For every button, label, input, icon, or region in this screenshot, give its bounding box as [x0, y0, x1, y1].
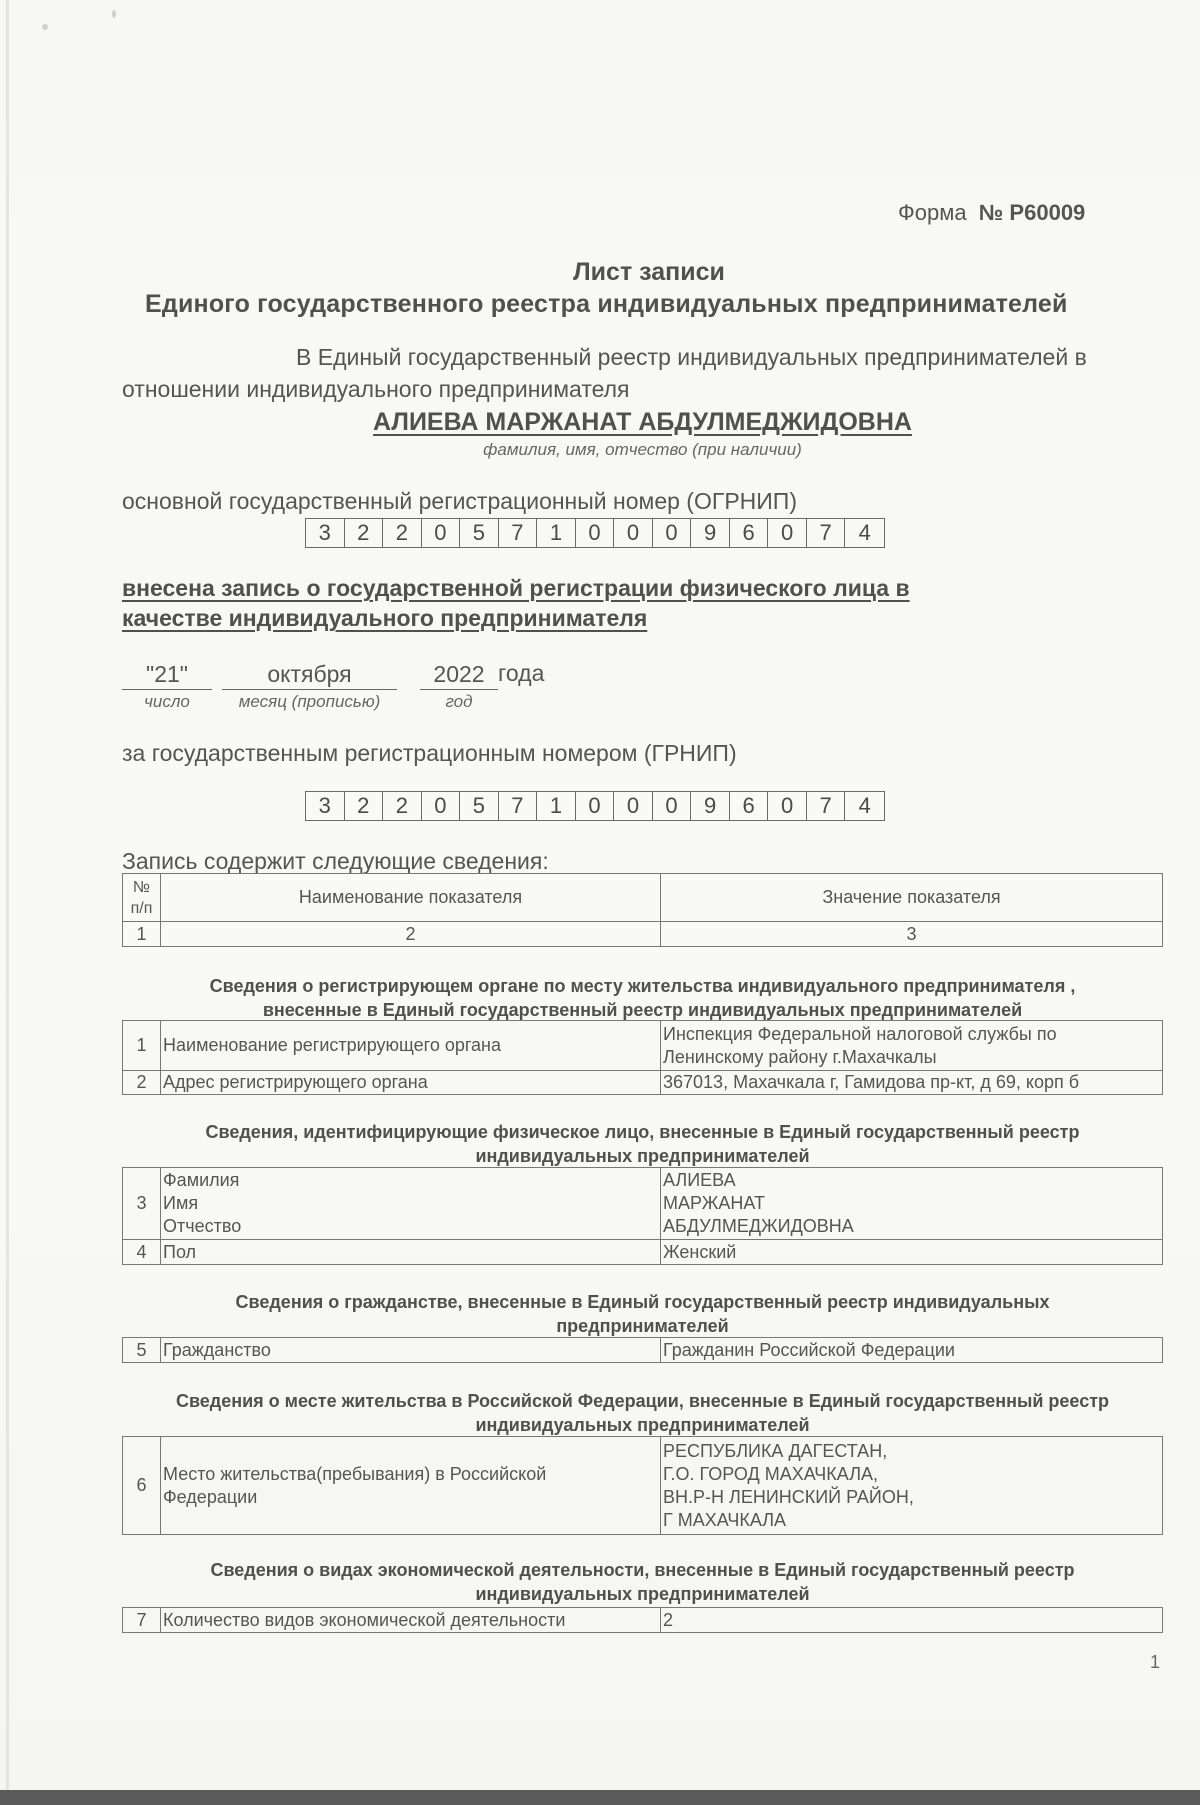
page-number: 1 — [1150, 1652, 1160, 1673]
table-row: 7 Количество видов экономической деятель… — [123, 1608, 1163, 1633]
ogrnip-digit: 0 — [768, 519, 807, 547]
date-year-caption: год — [420, 692, 498, 712]
index-cell: 3 — [661, 922, 1163, 947]
ogrnip-digit: 5 — [460, 519, 499, 547]
value-line: АЛИЕВА — [663, 1169, 1160, 1192]
ogrnip-digit: 7 — [499, 519, 538, 547]
scan-bottom-edge — [0, 1790, 1200, 1805]
document-subtitle: Единого государственного реестра индивид… — [145, 290, 1068, 319]
grnip-digit: 7 — [807, 792, 846, 820]
section-title-registering-authority: Сведения о регистрирующем органе по мест… — [122, 974, 1163, 1022]
section-title-individual-identity: Сведения, идентифицирующие физическое ли… — [122, 1120, 1163, 1168]
value-line: РЕСПУБЛИКА ДАГЕСТАН, — [663, 1440, 1160, 1463]
value-line: Инспекция Федеральной налоговой службы п… — [663, 1023, 1160, 1046]
section-title-line: Сведения о месте жительства в Российской… — [122, 1389, 1163, 1413]
row-value: 2 — [661, 1608, 1163, 1633]
ogrnip-digit-boxes: 3 2 2 0 5 7 1 0 0 0 9 6 0 7 4 — [305, 518, 885, 548]
form-number: Форма № Р60009 — [898, 200, 1085, 226]
col-name-header: Наименование показателя — [161, 874, 661, 922]
row-number: 7 — [123, 1608, 161, 1633]
grnip-digit-boxes: 3 2 2 0 5 7 1 0 0 0 9 6 0 7 4 — [305, 791, 885, 821]
row-value: Женский — [661, 1240, 1163, 1265]
ogrnip-digit: 9 — [691, 519, 730, 547]
section-title-line: индивидуальных предпринимателей — [122, 1582, 1163, 1606]
table-row: 3 ФамилияИмяОтчество АЛИЕВАМАРЖАНАТАБДУЛ… — [123, 1168, 1163, 1240]
form-label: Форма — [898, 200, 967, 225]
entry-statement: внесена запись о государственной регистр… — [122, 573, 910, 633]
row-name: Наименование регистрирующего органа — [161, 1021, 661, 1071]
form-code: № Р60009 — [979, 200, 1086, 225]
row-name: Количество видов экономической деятельно… — [161, 1608, 661, 1633]
col-num-header: №п/п — [123, 874, 161, 922]
intro-text-line2: отношении индивидуального предпринимател… — [122, 376, 630, 403]
grnip-digit: 0 — [576, 792, 615, 820]
grnip-digit: 4 — [845, 792, 884, 820]
section-title-residence: Сведения о месте жительства в Российской… — [122, 1389, 1163, 1437]
name-line: Фамилия — [163, 1169, 658, 1192]
header-row: №п/п Наименование показателя Значение по… — [123, 874, 1163, 922]
section-title-line: Сведения о регистрирующем органе по мест… — [122, 974, 1163, 998]
ogrnip-digit: 7 — [807, 519, 846, 547]
section-title-citizenship: Сведения о гражданстве, внесенные в Един… — [122, 1290, 1163, 1338]
row-name: Место жительства(пребывания) в Российско… — [161, 1437, 661, 1535]
date-day: "21" — [122, 660, 212, 690]
table-row: 5 Гражданство Гражданин Российской Федер… — [123, 1338, 1163, 1363]
row-value: АЛИЕВАМАРЖАНАТАБДУЛМЕДЖИДОВНА — [661, 1168, 1163, 1240]
row-number: 4 — [123, 1240, 161, 1265]
ogrnip-digit: 0 — [653, 519, 692, 547]
table-individual-identity: 3 ФамилияИмяОтчество АЛИЕВАМАРЖАНАТАБДУЛ… — [122, 1167, 1163, 1265]
document-title: Лист записи — [0, 258, 1200, 287]
ogrnip-digit: 2 — [383, 519, 422, 547]
date-year-suffix: года — [498, 660, 544, 687]
value-line: Г.О. ГОРОД МАХАЧКАЛА, — [663, 1463, 1160, 1486]
date-year: 2022 — [420, 660, 498, 690]
value-line: АБДУЛМЕДЖИДОВНА — [663, 1215, 1160, 1238]
section-title-line: Сведения о гражданстве, внесенные в Един… — [122, 1290, 1163, 1314]
row-number: 5 — [123, 1338, 161, 1363]
grnip-digit: 6 — [730, 792, 769, 820]
grnip-digit: 0 — [768, 792, 807, 820]
grnip-digit: 3 — [306, 792, 345, 820]
grnip-digit: 7 — [499, 792, 538, 820]
entrepreneur-full-name: АЛИЕВА МАРЖАНАТ АБДУЛМЕДЖИДОВНА — [0, 408, 1200, 437]
ogrnip-digit: 1 — [537, 519, 576, 547]
index-row: 1 2 3 — [123, 922, 1163, 947]
ogrnip-digit: 4 — [845, 519, 884, 547]
section-title-line: Сведения, идентифицирующие физическое ли… — [122, 1120, 1163, 1144]
date-day-caption: число — [122, 692, 212, 712]
index-cell: 1 — [123, 922, 161, 947]
col-num-l1: № — [125, 877, 158, 898]
table-row: 2 Адрес регистрирующего органа 367013, М… — [123, 1071, 1163, 1095]
section-title-line: Сведения о видах экономической деятельно… — [122, 1558, 1163, 1582]
row-name: Пол — [161, 1240, 661, 1265]
grnip-digit: 2 — [345, 792, 384, 820]
scan-speck — [112, 10, 116, 18]
value-line: Ленинскому району г.Махачкалы — [663, 1046, 1160, 1069]
ogrnip-digit: 0 — [422, 519, 461, 547]
row-value: Инспекция Федеральной налоговой службы п… — [661, 1021, 1163, 1071]
ogrnip-label: основной государственный регистрационный… — [122, 488, 797, 515]
section-title-line: предпринимателей — [122, 1314, 1163, 1338]
grnip-digit: 9 — [691, 792, 730, 820]
value-line: Г МАХАЧКАЛА — [663, 1509, 1160, 1532]
header-table: №п/п Наименование показателя Значение по… — [122, 873, 1163, 947]
row-value: Гражданин Российской Федерации — [661, 1338, 1163, 1363]
value-line: МАРЖАНАТ — [663, 1192, 1160, 1215]
section-title-line: индивидуальных предпринимателей — [122, 1413, 1163, 1437]
grnip-digit: 1 — [537, 792, 576, 820]
ogrnip-digit: 6 — [730, 519, 769, 547]
row-number: 3 — [123, 1168, 161, 1240]
ogrnip-digit: 3 — [306, 519, 345, 547]
table-economic-activity: 7 Количество видов экономической деятель… — [122, 1607, 1163, 1633]
section-title-line: внесенные в Единый государственный реест… — [122, 998, 1163, 1022]
col-value-header: Значение показателя — [661, 874, 1163, 922]
table-residence: 6 Место жительства(пребывания) в Российс… — [122, 1436, 1163, 1535]
grnip-label: за государственным регистрационным номер… — [122, 740, 737, 767]
row-number: 1 — [123, 1021, 161, 1071]
section-title-line: индивидуальных предпринимателей — [122, 1144, 1163, 1168]
section-title-economic-activity: Сведения о видах экономической деятельно… — [122, 1558, 1163, 1606]
row-name: Адрес регистрирующего органа — [161, 1071, 661, 1095]
grnip-digit: 0 — [614, 792, 653, 820]
row-name: Гражданство — [161, 1338, 661, 1363]
table-row: 1 Наименование регистрирующего органа Ин… — [123, 1021, 1163, 1071]
grnip-digit: 2 — [383, 792, 422, 820]
ogrnip-digit: 2 — [345, 519, 384, 547]
entry-line2: качестве индивидуального предпринимателя — [122, 605, 647, 631]
name-line: Федерации — [163, 1486, 658, 1509]
full-name-text: АЛИЕВА МАРЖАНАТ АБДУЛМЕДЖИДОВНА — [373, 408, 912, 436]
row-value: 367013, Махачкала г, Гамидова пр-кт, д 6… — [661, 1071, 1163, 1095]
grnip-digit: 5 — [460, 792, 499, 820]
row-name: ФамилияИмяОтчество — [161, 1168, 661, 1240]
row-number: 2 — [123, 1071, 161, 1095]
record-contents-label: Запись содержит следующие сведения: — [122, 848, 549, 875]
full-name-caption: фамилия, имя, отчество (при наличии) — [0, 440, 1200, 460]
name-line: Место жительства(пребывания) в Российско… — [163, 1463, 658, 1486]
date-month: октября — [222, 660, 397, 690]
index-cell: 2 — [161, 922, 661, 947]
row-value: РЕСПУБЛИКА ДАГЕСТАН,Г.О. ГОРОД МАХАЧКАЛА… — [661, 1437, 1163, 1535]
row-number: 6 — [123, 1437, 161, 1535]
ogrnip-digit: 0 — [614, 519, 653, 547]
value-line: ВН.Р-Н ЛЕНИНСКИЙ РАЙОН, — [663, 1486, 1160, 1509]
table-registering-authority: 1 Наименование регистрирующего органа Ин… — [122, 1020, 1163, 1095]
name-line: Имя — [163, 1192, 658, 1215]
entry-line1: внесена запись о государственной регистр… — [122, 575, 910, 601]
grnip-digit: 0 — [653, 792, 692, 820]
table-citizenship: 5 Гражданство Гражданин Российской Федер… — [122, 1337, 1163, 1363]
name-line: Отчество — [163, 1215, 658, 1238]
col-num-l2: п/п — [125, 898, 158, 919]
ogrnip-digit: 0 — [576, 519, 615, 547]
table-row: 4 Пол Женский — [123, 1240, 1163, 1265]
scan-speck — [42, 24, 48, 30]
table-row: 6 Место жительства(пребывания) в Российс… — [123, 1437, 1163, 1535]
date-month-caption: месяц (прописью) — [222, 692, 397, 712]
grnip-digit: 0 — [422, 792, 461, 820]
intro-text-line1: В Единый государственный реестр индивиду… — [296, 344, 1087, 371]
